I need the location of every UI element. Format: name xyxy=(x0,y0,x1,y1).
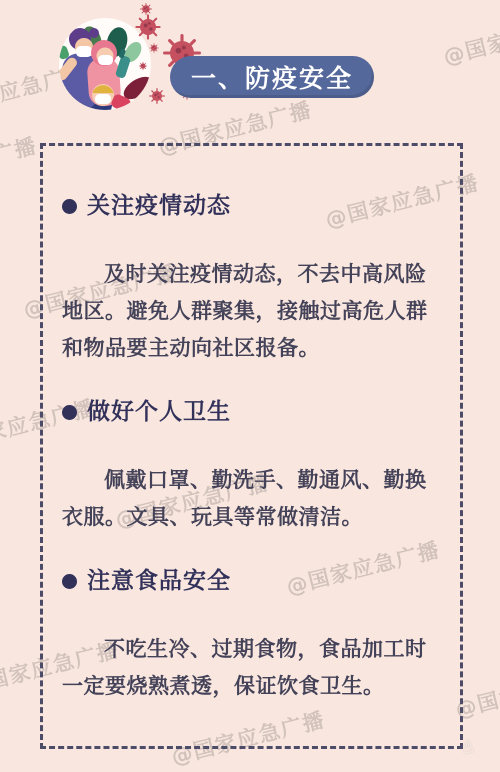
bullet-icon xyxy=(62,574,77,589)
section-heading: 注意食品安全 xyxy=(62,568,441,595)
bullet-icon xyxy=(62,405,77,420)
section-body: 不吃生冷、过期食物，食品加工时一定要烧熟煮透，保证饮食卫生。 xyxy=(62,631,441,705)
section-heading: 做好个人卫生 xyxy=(62,399,441,426)
section-heading-text: 关注疫情动态 xyxy=(87,193,231,220)
section-personal-hygiene: 做好个人卫生 佩戴口罩、勤洗手、勤通风、勤换衣服。文具、玩具等常做清洁。 xyxy=(62,399,441,536)
section-title-pill: 一、防疫安全 xyxy=(170,56,374,98)
section-heading-text: 做好个人卫生 xyxy=(87,399,231,426)
section-body: 佩戴口罩、勤洗手、勤通风、勤换衣服。文具、玩具等常做清洁。 xyxy=(62,462,441,536)
hand-cursor-icon: ☝ xyxy=(459,736,476,759)
section-title: 一、防疫安全 xyxy=(191,59,353,95)
section-heading-text: 注意食品安全 xyxy=(87,568,231,595)
section-heading: 关注疫情动态 xyxy=(62,193,441,220)
poster-canvas: @国家应急广播 @国家应急广播 @国家应急广播 @国家应急广播 @国家应急广播 … xyxy=(0,0,500,772)
section-body: 及时关注疫情动态，不去中高风险地区。避免人群聚集，接触过高危人群和物品要主动向社… xyxy=(62,256,441,367)
section-food-safety: 注意食品安全 不吃生冷、过期食物，食品加工时一定要烧熟煮透，保证饮食卫生。 xyxy=(62,568,441,705)
bullet-icon xyxy=(62,199,77,214)
section-epidemic-updates: 关注疫情动态 及时关注疫情动态，不去中高风险地区。避免人群聚集，接触过高危人群和… xyxy=(62,193,441,367)
content-box: 关注疫情动态 及时关注疫情动态，不去中高风险地区。避免人群聚集，接触过高危人群和… xyxy=(40,143,463,749)
